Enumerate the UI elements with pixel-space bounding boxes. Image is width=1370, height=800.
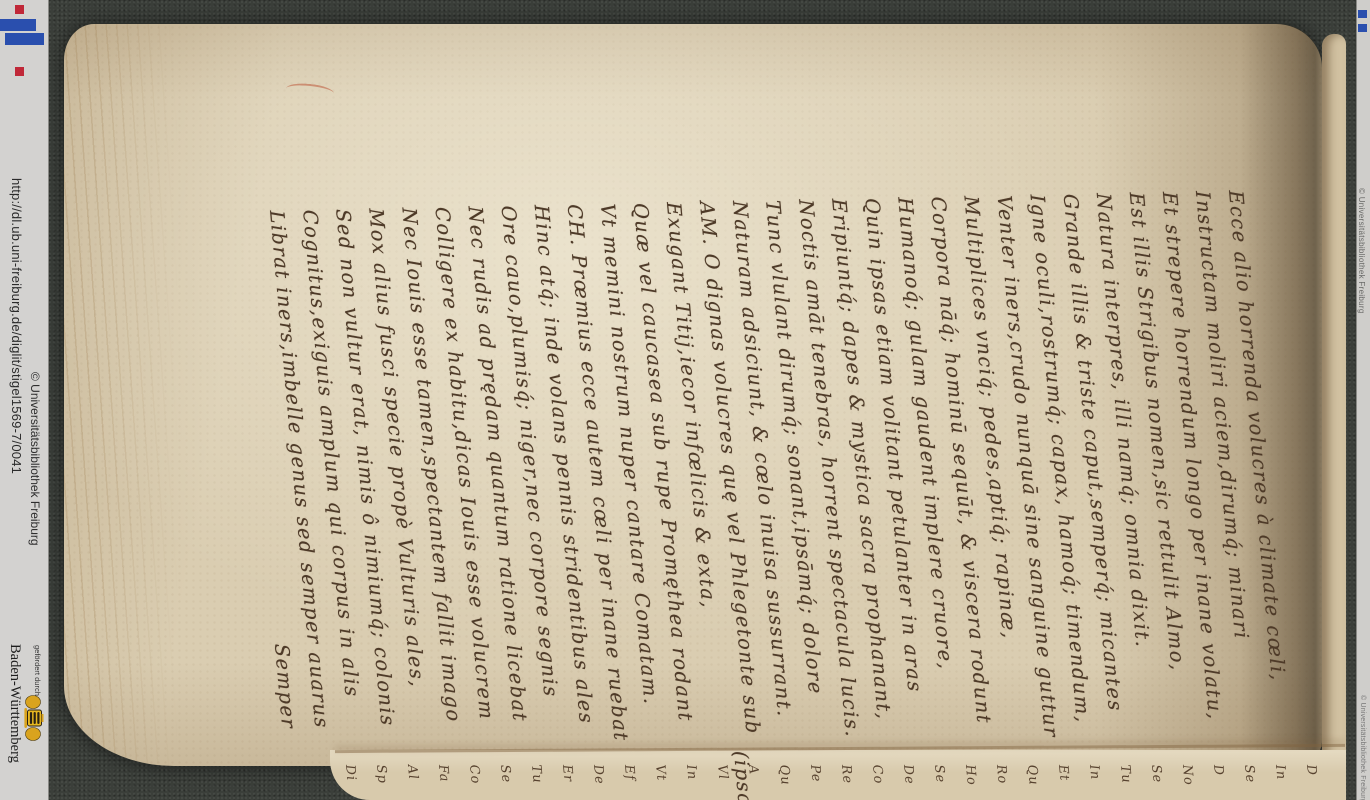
blue-mark-icon [1358,24,1367,32]
region-label: Baden-Württemberg [6,644,23,763]
scan-viewer-background: DiSpAlFaCoSeTuErDeEfVtInVlAQuPeReCoDeSeH… [0,0,1370,800]
verse-text-block: Ecce alio horrenda volucres à climate cœ… [227,190,1303,789]
baden-wuerttemberg-coat-of-arms-icon [24,694,44,742]
right-copyright-note: © Universitätsbibliothek Freiburg [1357,188,1366,314]
copyright-note: © Universitätsbibliothek Freiburg [28,372,42,546]
blue-bar-icon [0,19,36,31]
red-mark-icon [15,5,24,14]
blue-bar-icon [5,33,44,45]
blue-mark-icon [1358,10,1367,18]
verse-lines: Ecce alio horrenda volucres à climate cœ… [260,190,1303,789]
facing-page-edge [1322,34,1346,800]
next-page-fragment: D [1303,764,1319,777]
fore-edge-page-stack [64,24,184,766]
scan-url: http://dl.ub.uni-freiburg.de/diglit/stig… [9,178,24,474]
red-mark-icon [15,67,24,76]
funding-label: gefördert durch [33,645,42,696]
turnover-word: (ipso [724,751,762,800]
right-copyright-note: © Universitätsbibliothek Freiburg [1359,695,1366,800]
right-margin-bar [1356,0,1370,800]
